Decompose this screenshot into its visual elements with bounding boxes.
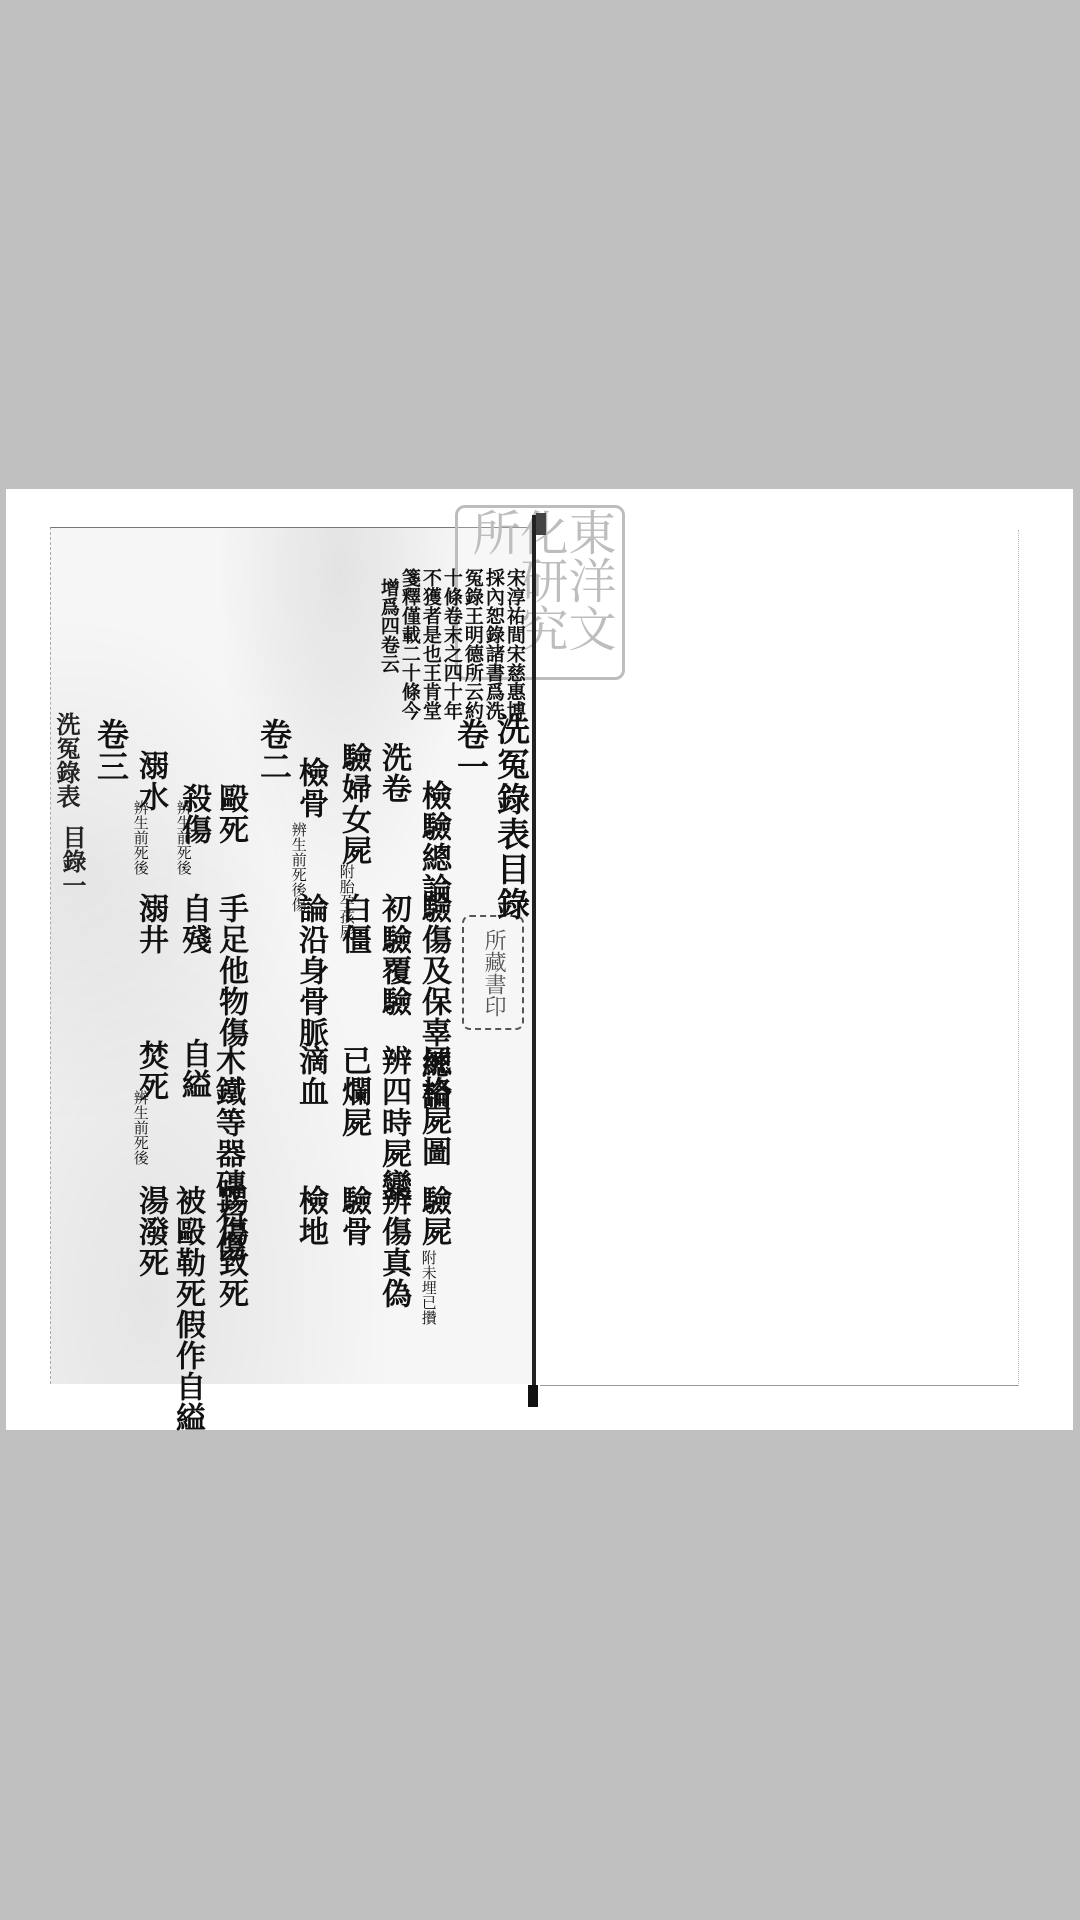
- toc-entry: 手足他物傷: [215, 893, 245, 1048]
- toc-entry: 湯潑死: [135, 1185, 165, 1278]
- toc-entry: 驗屍: [418, 1185, 448, 1247]
- toc-entry: 自縊: [178, 1038, 208, 1100]
- preface-note-line: 採內恕錄諸書爲洗: [482, 568, 504, 720]
- margin-book-title: 洗冤錄表: [54, 712, 78, 808]
- toc-entry: 論沿身骨脈: [295, 893, 325, 1048]
- toc-entry: 滴血: [295, 1045, 325, 1107]
- preface-note-line: 冤錄王明德所云約: [461, 568, 483, 720]
- toc-entry: 驗骨: [338, 1185, 368, 1247]
- volume-label: 卷三: [95, 718, 127, 782]
- toc-entry: 初驗: [378, 893, 408, 955]
- toc-entry: 辨傷真偽: [378, 1185, 408, 1309]
- page-fold-line: [532, 515, 536, 1405]
- toc-entry: 覆驗: [378, 955, 408, 1017]
- toc-entry: 檢驗總論: [418, 780, 448, 904]
- preface-note-line: 不獲者是也王肯堂: [419, 568, 441, 720]
- toc-entry-note: 附未埋已攢: [420, 1250, 436, 1325]
- toc-entry-note: 辨生前死後: [175, 800, 191, 850]
- toc-entry: 檢地: [295, 1185, 325, 1247]
- toc-entry: 被毆勒死假作自縊: [172, 1185, 202, 1433]
- preface-note-line: 十條卷末之四十年: [440, 568, 462, 720]
- toc-entry: 已爛屍: [338, 1045, 368, 1138]
- toc-entry: 白僵: [338, 893, 368, 955]
- volume-label: 卷一: [455, 718, 487, 782]
- toc-entry: 自殘: [178, 893, 208, 955]
- volume-label: 卷二: [258, 718, 290, 782]
- fold-marker-top: [536, 513, 546, 535]
- toc-entry: 屍格: [418, 1045, 448, 1107]
- margin-section: 目錄一: [60, 825, 84, 897]
- toc-entry: 驗婦女屍: [338, 742, 368, 866]
- library-seal-small: 所藏書印: [462, 915, 524, 1030]
- preface-note-line: 宋淳祐間宋慈惠博: [503, 568, 525, 720]
- toc-entry-note: 辨生前死後傷: [290, 822, 306, 882]
- preface-note-line: 箋釋僅載二十條今: [398, 568, 420, 720]
- toc-entry-note: 辨生前死後: [132, 1090, 148, 1140]
- fold-marker-bottom: [528, 1385, 538, 1407]
- toc-entry: 溺井: [135, 893, 165, 955]
- toc-entry: 毆死: [215, 783, 245, 845]
- toc-entry: 辨四時屍變: [378, 1045, 408, 1200]
- toc-entry-note: 辨生前死後: [132, 800, 148, 850]
- toc-entry: 踢傷致死: [215, 1185, 245, 1309]
- toc-entry: 檢骨: [295, 757, 325, 819]
- preface-note-line: 增爲四卷云: [377, 578, 399, 673]
- toc-entry: 洗卷: [378, 742, 408, 804]
- page-title: 洗冤錄表目錄: [495, 712, 528, 922]
- toc-entry: 屍圖: [418, 1105, 448, 1167]
